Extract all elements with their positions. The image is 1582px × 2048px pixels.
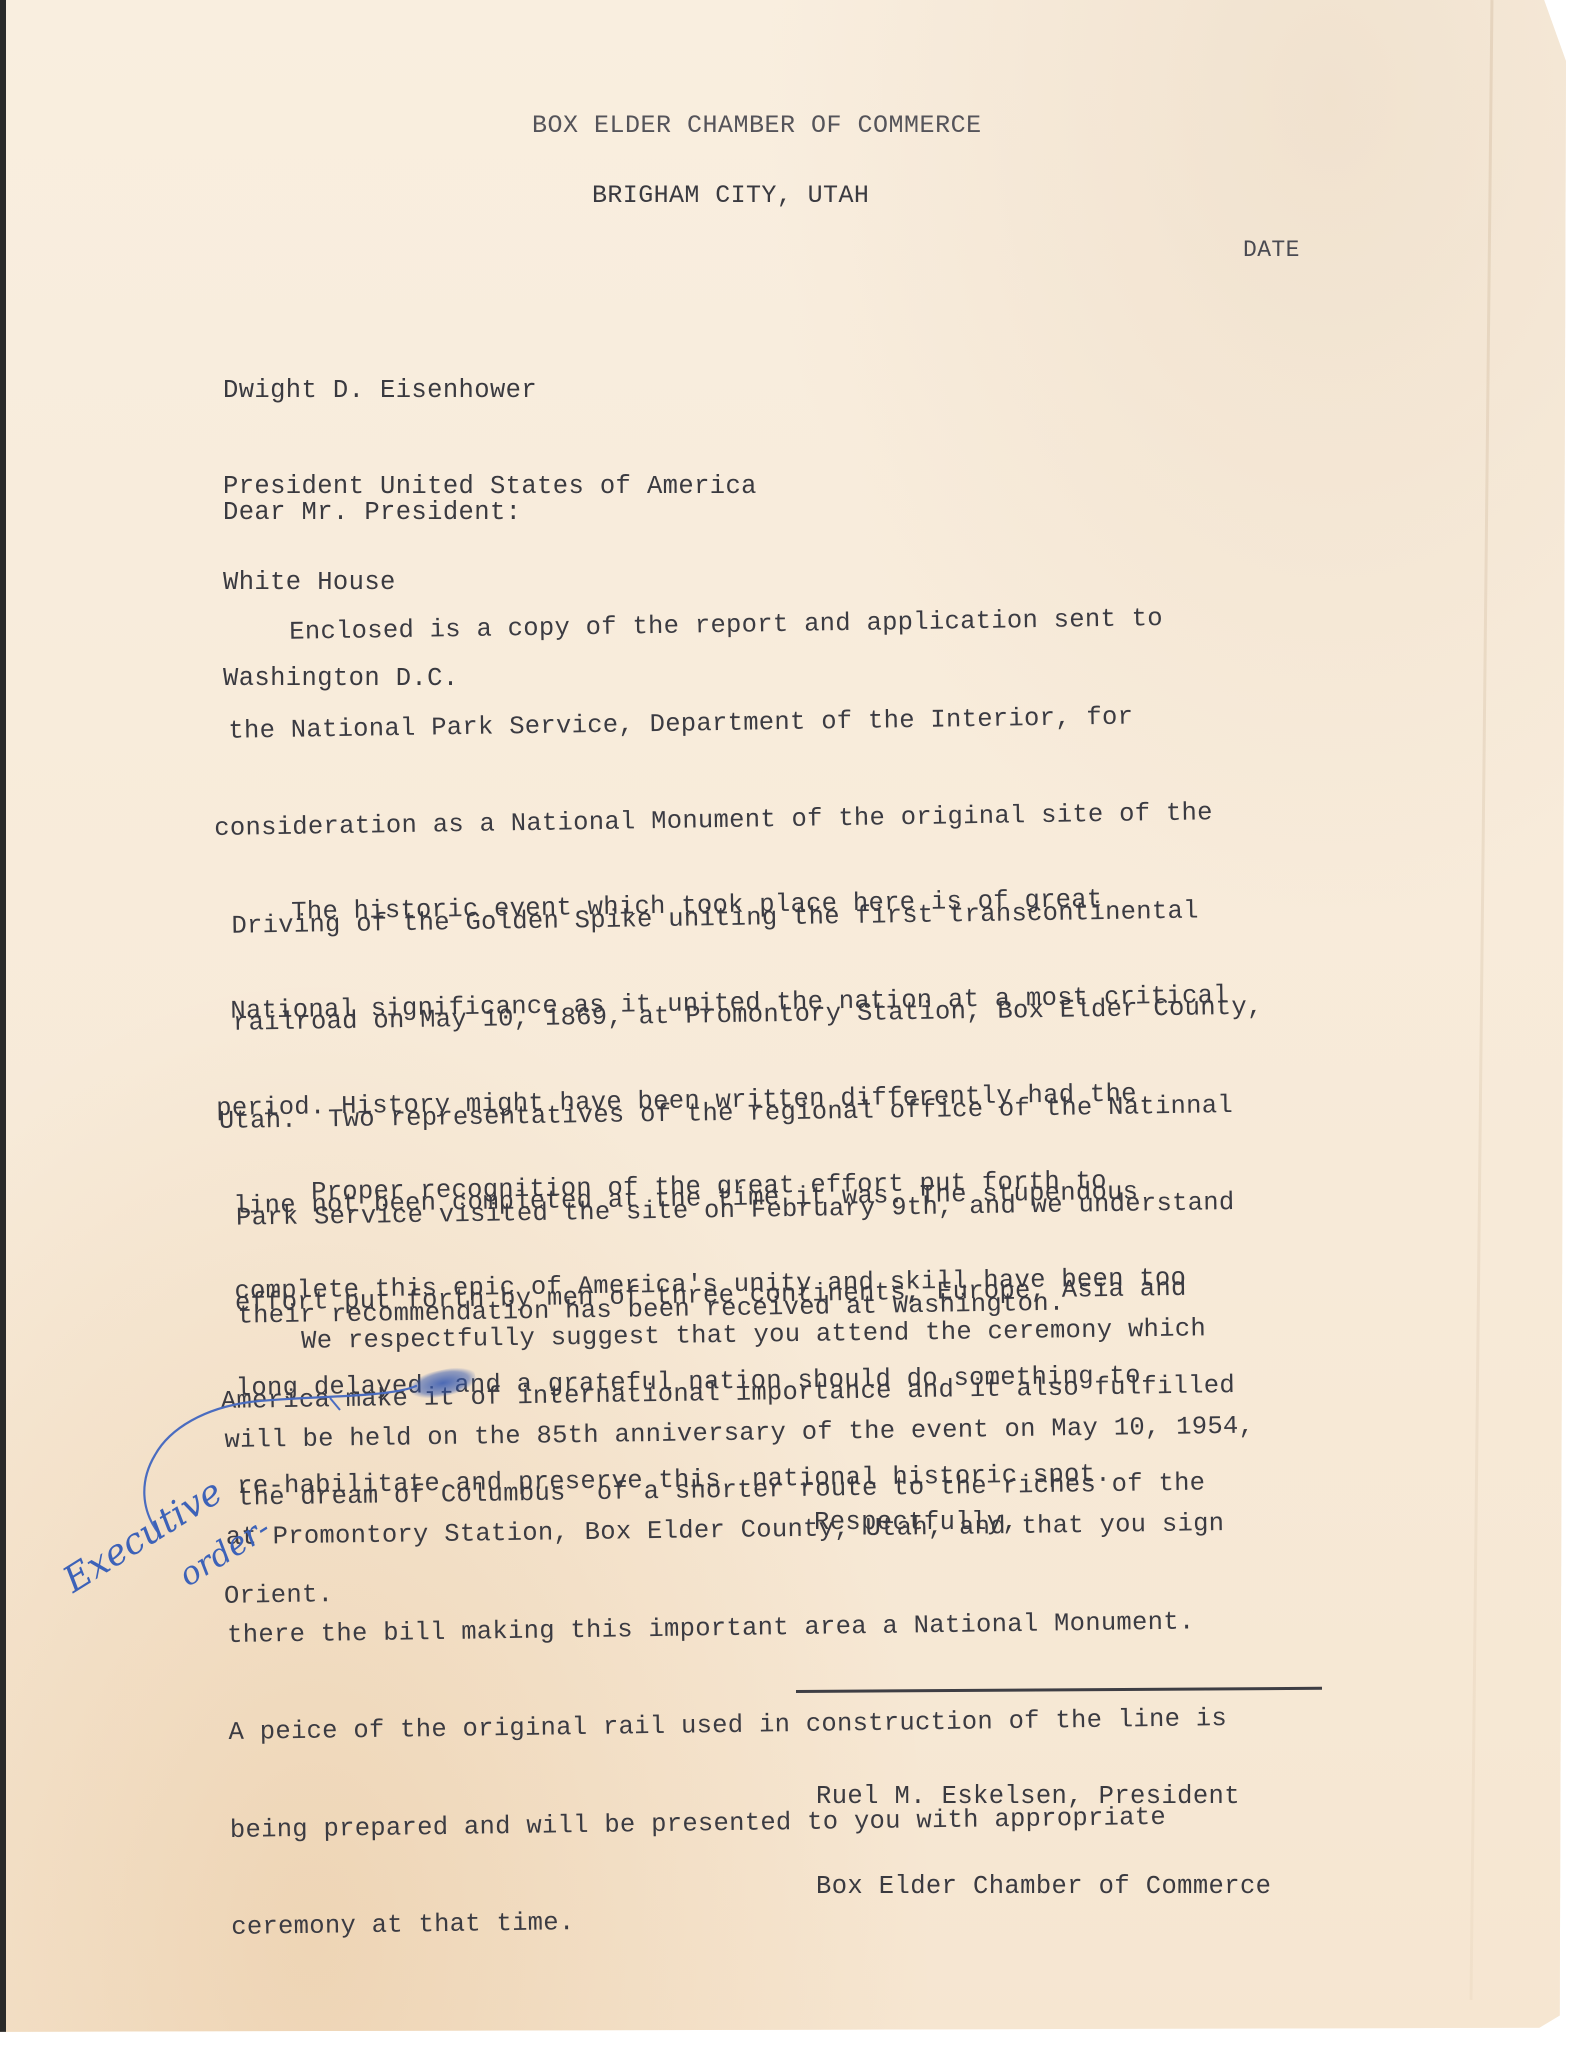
paragraph-line: We respectfully suggest that you attend …: [223, 1313, 1253, 1360]
letterhead-organization: BOX ELDER CHAMBER OF COMMERCE: [532, 110, 982, 142]
paragraph-line: The historic event which took place here…: [213, 882, 1228, 930]
paragraph-line: will be held on the 85th anniversary of …: [224, 1410, 1254, 1457]
paragraph-line: National significance as it united the n…: [215, 980, 1230, 1028]
scan-edge: [0, 0, 6, 2040]
salutation: Dear Mr. President:: [223, 497, 521, 529]
signature-block: Ruel M. Eskelsen, President Box Elder Ch…: [816, 1722, 1271, 1932]
paragraph-line: there the bill making this important are…: [227, 1605, 1257, 1652]
signer-organization: Box Elder Chamber of Commerce: [816, 1872, 1271, 1902]
closing: Respectfully,: [814, 1507, 1018, 1539]
signer-name-title: Ruel M. Eskelsen, President: [816, 1782, 1271, 1812]
paragraph-line: the National Park Service, Department of…: [213, 699, 1259, 748]
paragraph-line: Proper recognition of the great effort p…: [233, 1165, 1185, 1211]
letterhead-date-label: DATE: [1243, 234, 1300, 266]
letterhead-city: BRIGHAM CITY, UTAH: [592, 180, 869, 212]
paper-fold-crease: [1470, 0, 1494, 2000]
recipient-name: Dwight D. Eisenhower: [223, 375, 757, 407]
paragraph-line: Enclosed is a copy of the report and app…: [211, 602, 1257, 651]
paragraph-line: at Promontory Station, Box Elder County,…: [226, 1508, 1256, 1555]
